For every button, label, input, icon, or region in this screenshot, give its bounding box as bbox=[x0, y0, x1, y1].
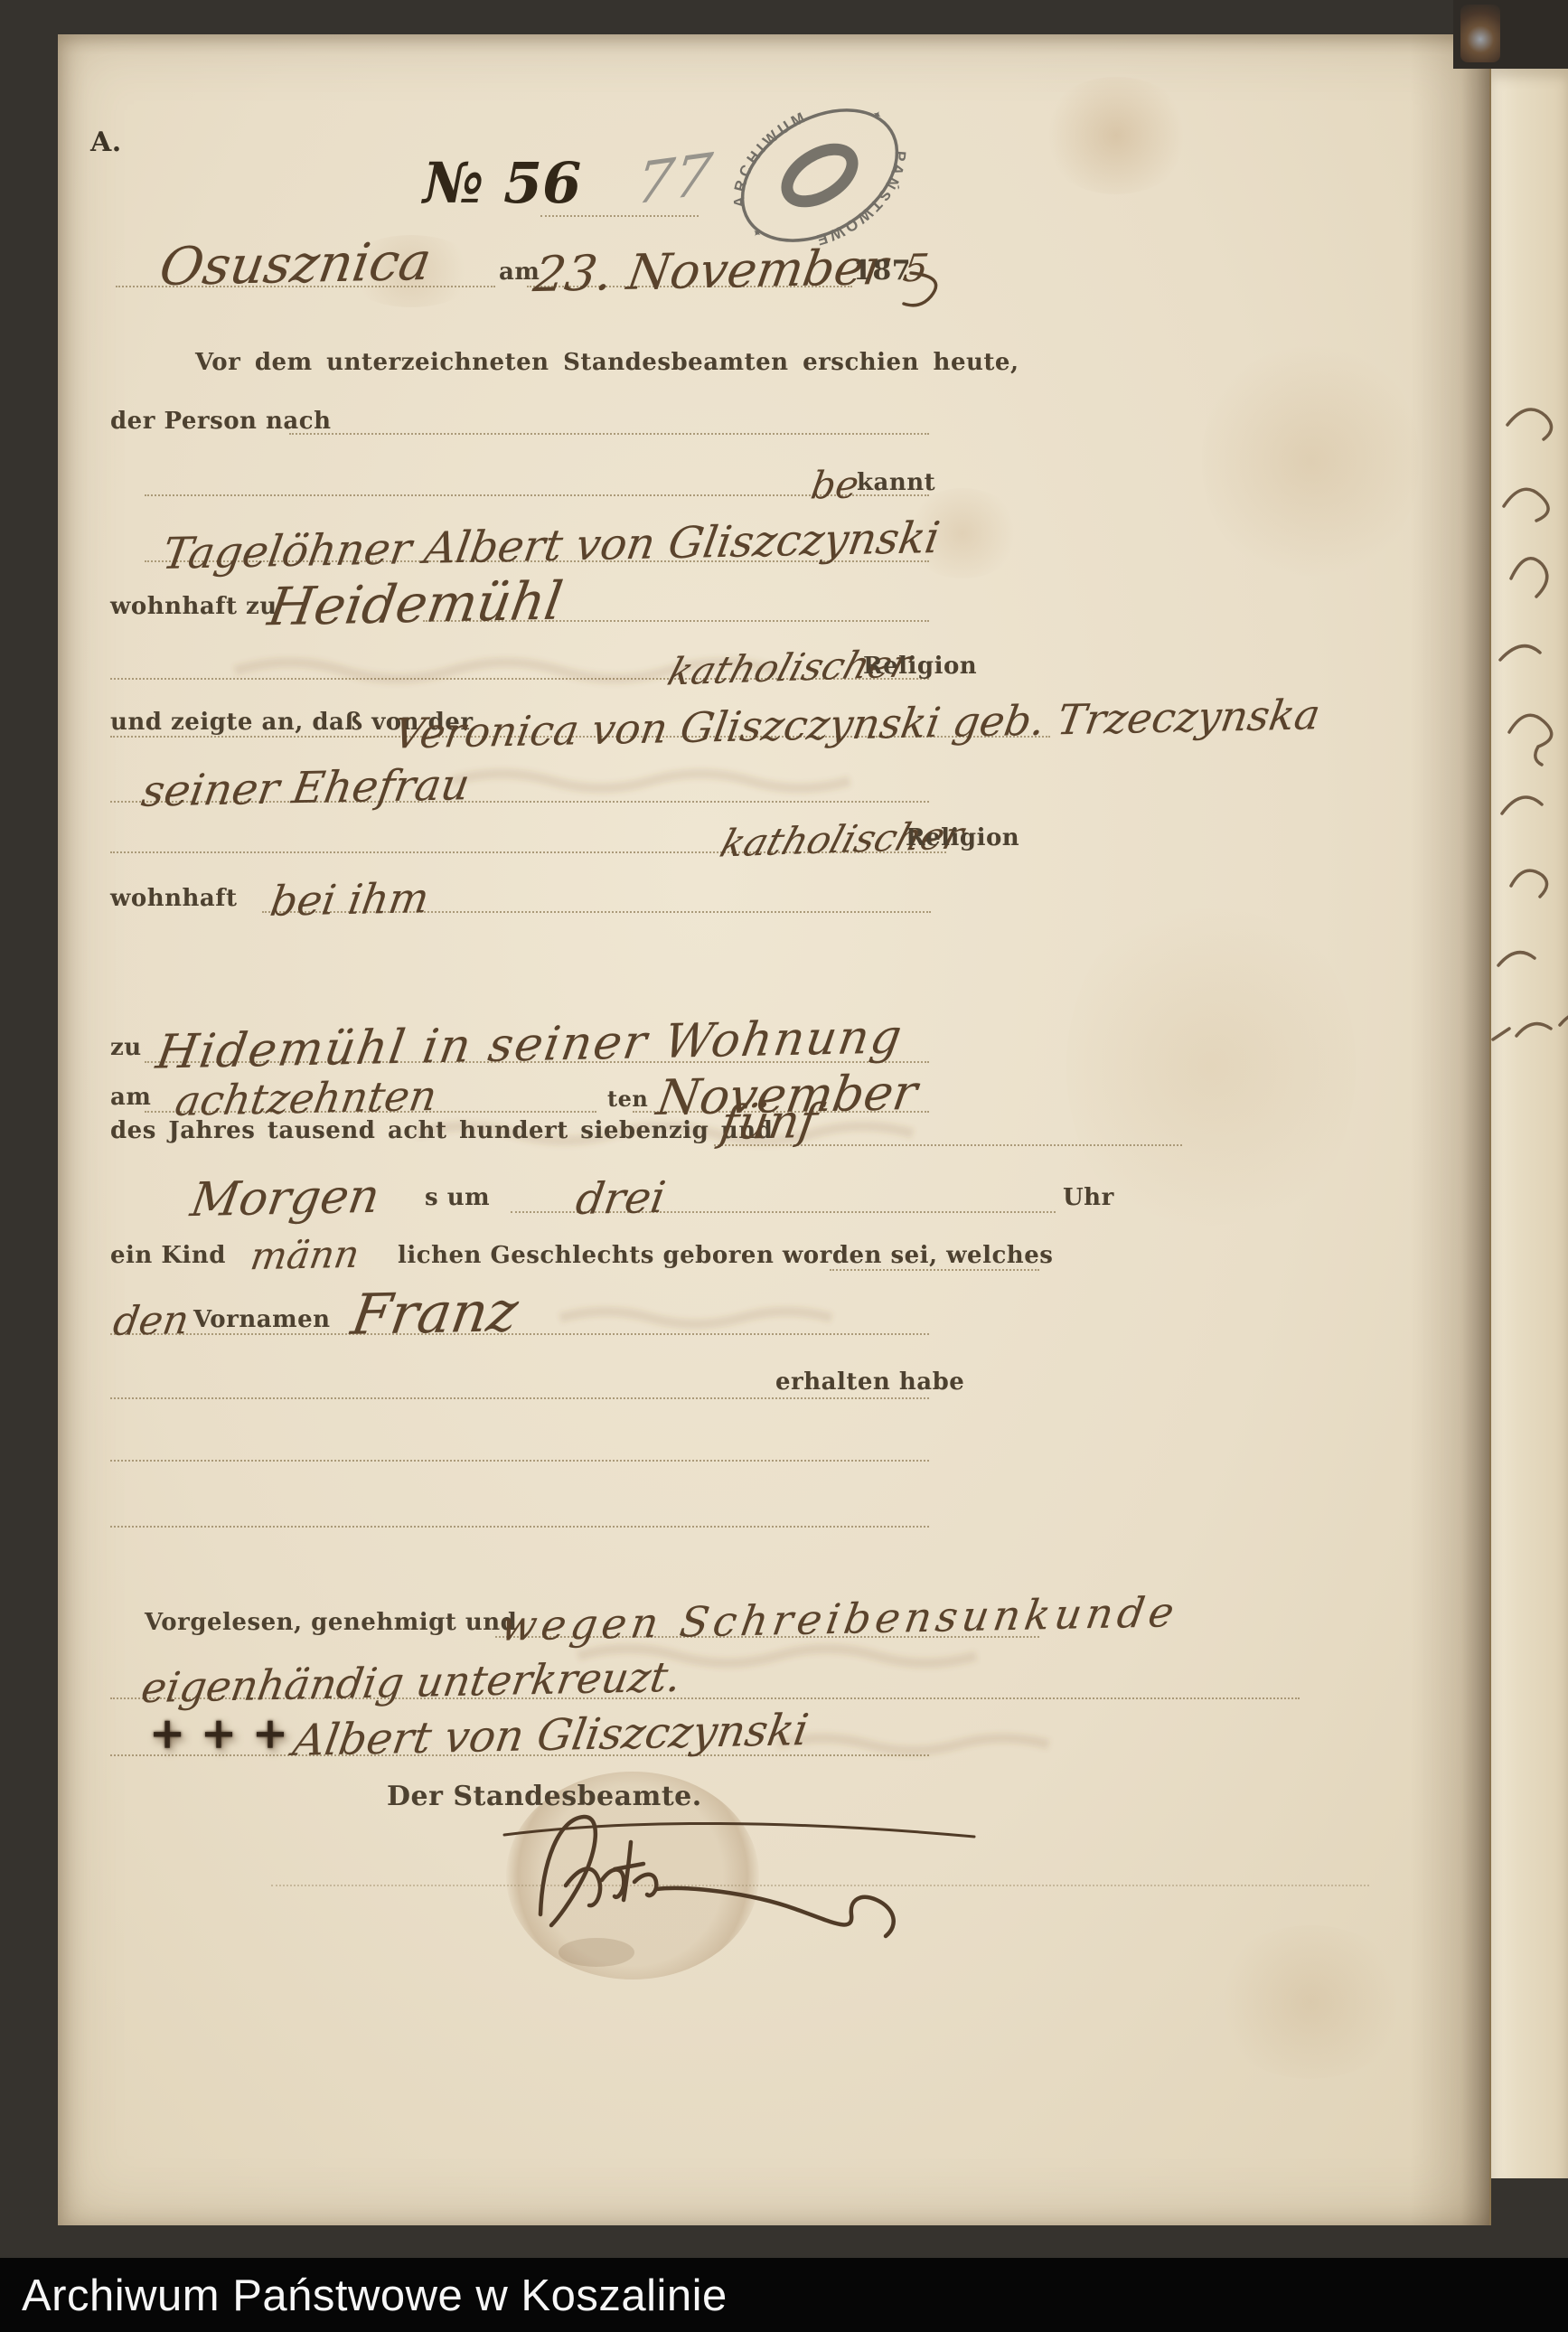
pencil-annotation-number: 77 bbox=[633, 142, 715, 219]
birth-hour: drei bbox=[572, 1172, 668, 1225]
person-nach-label: der Person nach bbox=[110, 408, 331, 435]
ruled-dotted-line bbox=[110, 1333, 929, 1335]
svg-text:✦: ✦ bbox=[746, 222, 768, 243]
ruled-dotted-line bbox=[110, 1397, 929, 1399]
ruled-dotted-line bbox=[830, 1269, 1039, 1271]
ruled-dotted-line bbox=[110, 1460, 929, 1462]
child-printed-2: lichen Geschlechts geboren worden sei, w… bbox=[398, 1242, 1053, 1269]
binding-threads bbox=[1460, 5, 1500, 62]
record-date: 23. November bbox=[530, 239, 891, 303]
wohnhaft-label: wohnhaft bbox=[110, 885, 237, 912]
year-words-printed: des Jahres tausend acht hundert siebenzi… bbox=[110, 1117, 773, 1144]
record-number: № 56 bbox=[423, 150, 581, 216]
ruled-dotted-line bbox=[271, 1885, 1369, 1886]
record-place: Osusznica bbox=[155, 230, 436, 297]
uhr-label: Uhr bbox=[1063, 1184, 1114, 1211]
archive-caption-bar: Archiwum Państwowe w Koszalinie bbox=[0, 2258, 1568, 2332]
page-gutter-crease bbox=[1410, 34, 1491, 2225]
stamp-star-icon: ✦ bbox=[746, 222, 768, 243]
vornamen-label: Vornamen bbox=[193, 1306, 331, 1333]
stamp-inner-ring bbox=[778, 138, 861, 212]
religion2-label: Religion bbox=[906, 824, 1019, 851]
ehefrau-handwritten: seiner Ehefrau bbox=[138, 759, 473, 817]
child-gender: männ bbox=[248, 1232, 362, 1278]
child-printed-1: ein Kind bbox=[110, 1242, 226, 1269]
registrar-label: Der Standesbeamte. bbox=[387, 1781, 702, 1812]
zu-label: zu bbox=[110, 1034, 142, 1061]
bekannt-printed-part: kannt bbox=[857, 469, 935, 496]
child-first-name: Franz bbox=[347, 1278, 522, 1348]
religion1-label: Religion bbox=[863, 653, 977, 680]
wohnhaft-zu-label: wohnhaft zu bbox=[110, 593, 277, 620]
bei-ihm-handwritten: bei ihm bbox=[268, 873, 433, 926]
archive-name: Archiwum Państwowe w Koszalinie bbox=[22, 2271, 728, 2321]
bekannt-handwritten-part: be bbox=[808, 462, 862, 507]
ruled-dotted-line bbox=[110, 1526, 929, 1528]
ten-label: ten bbox=[607, 1086, 648, 1112]
vorgelesen-line: Vorgelesen, genehmigt und bbox=[145, 1609, 517, 1636]
archival-scan: ARCHIWUM ✦ PAŃSTWOWE ✦ A. № 56 77 Osuszn… bbox=[0, 0, 1568, 2332]
declarant-residence: Heidemühl bbox=[264, 570, 567, 638]
adjacent-page-edge bbox=[1491, 68, 1568, 2178]
s-um-label: s um bbox=[425, 1184, 490, 1211]
signature-cross-marks: + + + bbox=[149, 1708, 288, 1759]
time-of-day: Morgen bbox=[187, 1170, 383, 1227]
am2-label: am bbox=[110, 1084, 151, 1111]
form-corner-letter: A. bbox=[90, 127, 122, 158]
ruled-dotted-line bbox=[289, 433, 929, 435]
year-word-handwritten: fünf bbox=[717, 1095, 821, 1151]
erhalten-habe-label: erhalten habe bbox=[775, 1368, 964, 1396]
intro-line: Vor dem unterzeichneten Standesbeamten e… bbox=[195, 349, 1019, 376]
den-handwritten: den bbox=[110, 1297, 192, 1345]
